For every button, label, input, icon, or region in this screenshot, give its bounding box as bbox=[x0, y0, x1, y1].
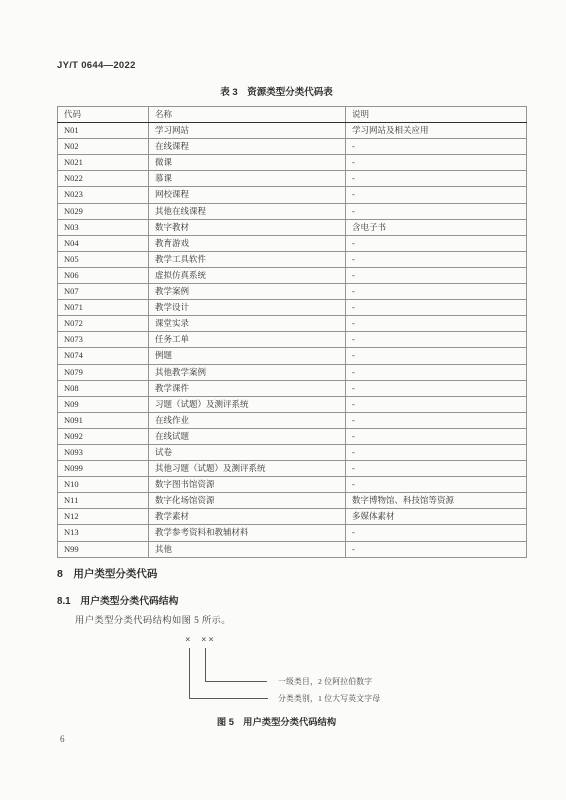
table-row: N023网校课程- bbox=[58, 187, 527, 203]
cell-name: 例题 bbox=[149, 348, 346, 364]
table-row: N022慕课- bbox=[58, 171, 527, 187]
cell-code: N09 bbox=[58, 396, 149, 412]
cell-name: 微课 bbox=[149, 155, 346, 171]
table-row: N11数字化场馆资源数字博物馆、科技馆等资源 bbox=[58, 493, 527, 509]
document-page: JY/T 0644—2022 表 3 资源类型分类代码表 代码 名称 说明 N0… bbox=[0, 0, 566, 800]
cell-name: 教学设计 bbox=[149, 300, 346, 316]
table-row: N09习题（试题）及测评系统- bbox=[58, 396, 527, 412]
table-row: N021微课- bbox=[58, 155, 527, 171]
cell-name: 教育游戏 bbox=[149, 235, 346, 251]
cell-code: N092 bbox=[58, 428, 149, 444]
cell-code: N02 bbox=[58, 139, 149, 155]
cell-name: 其他在线课程 bbox=[149, 203, 346, 219]
cell-desc: 数字博物馆、科技馆等资源 bbox=[346, 493, 527, 509]
page-number: 6 bbox=[60, 734, 65, 744]
cell-code: N022 bbox=[58, 171, 149, 187]
table-title: 表 3 资源类型分类代码表 bbox=[57, 84, 496, 98]
cell-code: N06 bbox=[58, 267, 149, 283]
cell-name: 网校课程 bbox=[149, 187, 346, 203]
cell-code: N072 bbox=[58, 316, 149, 332]
table-row: N06虚拟仿真系统- bbox=[58, 267, 527, 283]
table-row: N12教学素材多媒体素材 bbox=[58, 509, 527, 525]
cell-desc: - bbox=[346, 251, 527, 267]
table-row: N07教学案例- bbox=[58, 284, 527, 300]
section-heading-8-1: 8.1 用户类型分类代码结构 bbox=[57, 593, 178, 607]
cell-name: 数字图书馆资源 bbox=[149, 477, 346, 493]
table-row: N13教学参考资料和教辅材料- bbox=[58, 525, 527, 541]
table-row: N99其他- bbox=[58, 541, 527, 557]
cell-code: N11 bbox=[58, 493, 149, 509]
cell-desc: - bbox=[346, 332, 527, 348]
figure-label-classification-category: 分类类别，1 位大写英文字母 bbox=[278, 693, 380, 704]
cell-desc: - bbox=[346, 348, 527, 364]
cell-code: N071 bbox=[58, 300, 149, 316]
cell-desc: - bbox=[346, 380, 527, 396]
cell-desc: - bbox=[346, 187, 527, 203]
cell-name: 其他教学案例 bbox=[149, 364, 346, 380]
cell-code: N079 bbox=[58, 364, 149, 380]
figure-leader-line-horizontal-bottom bbox=[189, 698, 268, 699]
cell-name: 教学工具软件 bbox=[149, 251, 346, 267]
table-row: N029其他在线课程- bbox=[58, 203, 527, 219]
table-body: N01学习网站学习网站及相关应用N02在线课程-N021微课-N022慕课-N0… bbox=[58, 123, 527, 558]
figure-leader-line-horizontal-top bbox=[205, 681, 267, 682]
figure-leader-line-vertical-left bbox=[189, 648, 190, 699]
cell-desc: - bbox=[346, 412, 527, 428]
cell-name: 数字教材 bbox=[149, 219, 346, 235]
cell-name: 数字化场馆资源 bbox=[149, 493, 346, 509]
cell-desc: - bbox=[346, 300, 527, 316]
figure-leader-line-vertical-right bbox=[205, 648, 206, 682]
cell-name: 在线作业 bbox=[149, 412, 346, 428]
table-header: 代码 名称 说明 bbox=[58, 107, 527, 123]
table-row: N092在线试题- bbox=[58, 428, 527, 444]
cell-name: 课堂实录 bbox=[149, 316, 346, 332]
table-row: N072课堂实录- bbox=[58, 316, 527, 332]
cell-desc: - bbox=[346, 444, 527, 460]
table-row: N01学习网站学习网站及相关应用 bbox=[58, 123, 527, 139]
column-header-desc: 说明 bbox=[346, 107, 527, 123]
cell-desc: - bbox=[346, 267, 527, 283]
table-row: N091在线作业- bbox=[58, 412, 527, 428]
cell-desc: - bbox=[346, 139, 527, 155]
cell-desc: - bbox=[346, 316, 527, 332]
table-row: N079其他教学案例- bbox=[58, 364, 527, 380]
cell-name: 试卷 bbox=[149, 444, 346, 460]
cell-desc: - bbox=[346, 235, 527, 251]
body-paragraph: 用户类型分类代码结构如图 5 所示。 bbox=[75, 612, 231, 626]
cell-desc: - bbox=[346, 428, 527, 444]
table-row: N05教学工具软件- bbox=[58, 251, 527, 267]
cell-code: N10 bbox=[58, 477, 149, 493]
cell-name: 在线试题 bbox=[149, 428, 346, 444]
cell-name: 慕课 bbox=[149, 171, 346, 187]
cell-desc: - bbox=[346, 171, 527, 187]
cell-code: N091 bbox=[58, 412, 149, 428]
table-row: N08教学课件- bbox=[58, 380, 527, 396]
cell-code: N05 bbox=[58, 251, 149, 267]
cell-code: N99 bbox=[58, 541, 149, 557]
cell-desc: - bbox=[346, 284, 527, 300]
figure-code-symbol-x: × bbox=[185, 635, 192, 645]
cell-desc: - bbox=[346, 396, 527, 412]
cell-name: 任务工单 bbox=[149, 332, 346, 348]
section-heading-8: 8 用户类型分类代码 bbox=[57, 566, 157, 581]
table-row: N10数字图书馆资源- bbox=[58, 477, 527, 493]
cell-name: 教学素材 bbox=[149, 509, 346, 525]
cell-code: N074 bbox=[58, 348, 149, 364]
cell-desc: - bbox=[346, 461, 527, 477]
cell-code: N073 bbox=[58, 332, 149, 348]
cell-code: N03 bbox=[58, 219, 149, 235]
cell-desc: - bbox=[346, 203, 527, 219]
cell-desc: - bbox=[346, 364, 527, 380]
cell-name: 教学参考资料和教辅材料 bbox=[149, 525, 346, 541]
cell-name: 在线课程 bbox=[149, 139, 346, 155]
cell-code: N04 bbox=[58, 235, 149, 251]
cell-code: N01 bbox=[58, 123, 149, 139]
table-row: N071教学设计- bbox=[58, 300, 527, 316]
cell-name: 教学案例 bbox=[149, 284, 346, 300]
table-row: N04教育游戏- bbox=[58, 235, 527, 251]
cell-desc: 学习网站及相关应用 bbox=[346, 123, 527, 139]
cell-code: N029 bbox=[58, 203, 149, 219]
cell-desc: 多媒体素材 bbox=[346, 509, 527, 525]
cell-name: 其他习题（试题）及测评系统 bbox=[149, 461, 346, 477]
table-row: N093试卷- bbox=[58, 444, 527, 460]
table-header-row: 代码 名称 说明 bbox=[58, 107, 527, 123]
cell-code: N12 bbox=[58, 509, 149, 525]
cell-code: N08 bbox=[58, 380, 149, 396]
cell-name: 虚拟仿真系统 bbox=[149, 267, 346, 283]
cell-code: N13 bbox=[58, 525, 149, 541]
cell-code: N093 bbox=[58, 444, 149, 460]
figure-caption: 图 5 用户类型分类代码结构 bbox=[57, 714, 496, 728]
cell-desc: - bbox=[346, 477, 527, 493]
table-row: N02在线课程- bbox=[58, 139, 527, 155]
figure-label-first-level-category: 一级类目，2 位阿拉伯数字 bbox=[278, 676, 372, 687]
cell-name: 其他 bbox=[149, 541, 346, 557]
column-header-name: 名称 bbox=[149, 107, 346, 123]
cell-desc: - bbox=[346, 541, 527, 557]
table-row: N073任务工单- bbox=[58, 332, 527, 348]
column-header-code: 代码 bbox=[58, 107, 149, 123]
cell-desc: - bbox=[346, 525, 527, 541]
table-row: N099其他习题（试题）及测评系统- bbox=[58, 461, 527, 477]
cell-code: N021 bbox=[58, 155, 149, 171]
cell-name: 习题（试题）及测评系统 bbox=[149, 396, 346, 412]
cell-code: N099 bbox=[58, 461, 149, 477]
cell-name: 教学课件 bbox=[149, 380, 346, 396]
cell-desc: - bbox=[346, 155, 527, 171]
cell-code: N023 bbox=[58, 187, 149, 203]
cell-desc: 含电子书 bbox=[346, 219, 527, 235]
table-row: N074例题- bbox=[58, 348, 527, 364]
cell-name: 学习网站 bbox=[149, 123, 346, 139]
standard-number: JY/T 0644—2022 bbox=[57, 60, 136, 71]
figure-code-symbol-xx: ×× bbox=[201, 635, 216, 645]
cell-code: N07 bbox=[58, 284, 149, 300]
resource-type-code-table: 代码 名称 说明 N01学习网站学习网站及相关应用N02在线课程-N021微课-… bbox=[57, 106, 527, 558]
table-row: N03数字教材含电子书 bbox=[58, 219, 527, 235]
